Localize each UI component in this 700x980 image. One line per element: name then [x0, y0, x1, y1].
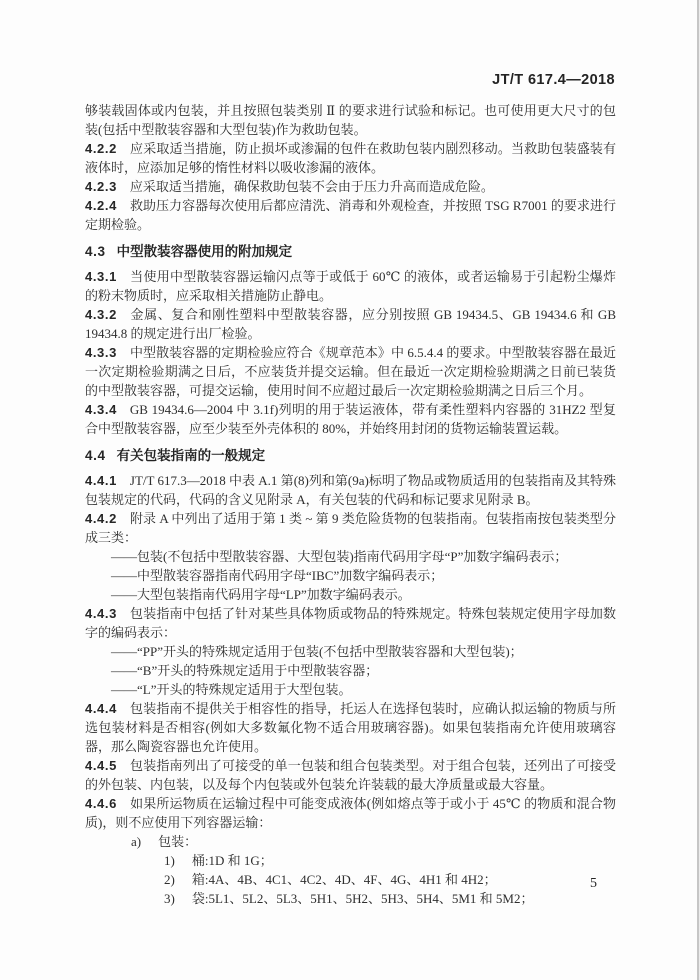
section-number: 4.3 [85, 244, 106, 259]
clause-number: 4.3.2 [85, 307, 117, 322]
clause-text: GB 19434.6—2004 中 3.1f)列明的用于装运液体，带有柔性塑料内… [85, 402, 616, 436]
clause-number: 4.2.2 [85, 141, 117, 156]
dash-item-text: ——“L”开头的特殊规定适用于大型包装。 [111, 682, 351, 697]
list-item-label: 1) [164, 853, 175, 868]
clause-number: 4.3.1 [85, 269, 117, 284]
clause-number: 4.3.4 [85, 402, 117, 417]
dash-item: ——“PP”开头的特殊规定适用于包装(不包括中型散装容器和大型包装)； [85, 642, 616, 661]
clause-text: 当使用中型散装容器运输闪点等于或低于 60℃ 的液体，或者运输易于引起粉尘爆炸的… [85, 269, 616, 303]
clause-paragraph: 4.4.3包装指南中包括了针对某些具体物质或物品的特殊规定。特殊包装规定使用字母… [85, 604, 616, 642]
paragraph-text: 够装载固体或内包装，并且按照包装类别 Ⅱ 的要求进行试验和标记。也可使用更大尺寸… [85, 103, 616, 137]
page-number: 5 [590, 876, 597, 892]
clause-text: 中型散装容器的定期检验应符合《规章范本》中 6.5.4.4 的要求。中型散装容器… [85, 345, 616, 398]
dash-item: ——包装(不包括中型散装容器、大型包装)指南代码用字母“P”加数字编码表示； [85, 547, 616, 566]
clause-text: 包装指南不提供关于相容性的指导，托运人在选择包装时，应确认拟运输的物质与所选包装… [85, 701, 616, 754]
clause-number: 4.3.3 [85, 345, 117, 360]
clause-number: 4.2.4 [85, 198, 117, 213]
clause-text: 包装指南列出了可接受的单一包装和组合包装类型。对于组合包装，还列出了可接受的外包… [85, 758, 616, 792]
clause-text: 应采取适当措施，确保救助包装不会由于压力升高而造成危险。 [130, 179, 494, 194]
dash-item-text: ——“PP”开头的特殊规定适用于包装(不包括中型散装容器和大型包装)； [111, 644, 523, 659]
scanned-page: JT/T 617.4—2018 够装载固体或内包装，并且按照包装类别 Ⅱ 的要求… [0, 0, 700, 980]
clause-paragraph: 4.4.5包装指南列出了可接受的单一包装和组合包装类型。对于组合包装，还列出了可… [85, 756, 616, 794]
clause-paragraph: 4.2.4救助压力容器每次使用后都应清洗、消毒和外观检查，并按照 TSG R70… [85, 196, 616, 234]
clause-paragraph: 4.4.6如果所运物质在运输过程中可能变成液体(例如熔点等于或小于 45℃ 的物… [85, 794, 616, 832]
section-heading: 4.4有关包装指南的一般规定 [85, 446, 616, 465]
list-item-text: 箱:4A、4B、4C1、4C2、4D、4F、4G、4H1 和 4H2； [192, 872, 497, 887]
list-item: 1)桶:1D 和 1G； [85, 851, 616, 870]
dash-item-text: ——“B”开头的特殊规定适用于中型散装容器； [111, 663, 378, 678]
list-item-text: 包装： [158, 834, 197, 849]
clause-paragraph: 4.4.1JT/T 617.3—2018 中表 A.1 第(8)列和第(9a)标… [85, 471, 616, 509]
clause-number: 4.4.3 [85, 606, 117, 621]
page-edge-line [697, 0, 699, 980]
section-heading: 4.3中型散装容器使用的附加规定 [85, 242, 616, 261]
paragraph: 够装载固体或内包装，并且按照包装类别 Ⅱ 的要求进行试验和标记。也可使用更大尺寸… [85, 101, 616, 139]
clause-text: 救助压力容器每次使用后都应清洗、消毒和外观检查，并按照 TSG R7001 的要… [85, 198, 616, 232]
section-number: 4.4 [85, 448, 106, 463]
clause-text: 如果所运物质在运输过程中可能变成液体(例如熔点等于或小于 45℃ 的物质和混合物… [85, 796, 616, 830]
clause-number: 4.4.2 [85, 511, 117, 526]
clause-text: 金属、复合和刚性塑料中型散装容器，应分别按照 GB 19434.5、GB 194… [85, 307, 616, 341]
list-item: 2)箱:4A、4B、4C1、4C2、4D、4F、4G、4H1 和 4H2； [85, 870, 616, 889]
list-item-text: 袋:5L1、5L2、5L3、5H1、5H2、5H3、5H4、5M1 和 5M2； [192, 891, 534, 906]
dash-item-text: ——中型散装容器指南代码用字母“IBC”加数字编码表示； [111, 568, 443, 583]
clause-paragraph: 4.4.2附录 A 中列出了适用于第 1 类 ~ 第 9 类危险货物的包装指南。… [85, 509, 616, 547]
section-title: 中型散装容器使用的附加规定 [117, 244, 293, 259]
list-item: a)包装： [85, 832, 616, 851]
list-item-label: 2) [164, 872, 175, 887]
dash-item-text: ——包装(不包括中型散装容器、大型包装)指南代码用字母“P”加数字编码表示； [111, 549, 567, 564]
dash-item: ——“B”开头的特殊规定适用于中型散装容器； [85, 661, 616, 680]
clause-paragraph: 4.3.4GB 19434.6—2004 中 3.1f)列明的用于装运液体，带有… [85, 400, 616, 438]
dash-item: ——“L”开头的特殊规定适用于大型包装。 [85, 680, 616, 699]
list-item-text: 桶:1D 和 1G； [192, 853, 273, 868]
clause-number: 4.4.5 [85, 758, 117, 773]
clause-paragraph: 4.3.1当使用中型散装容器运输闪点等于或低于 60℃ 的液体，或者运输易于引起… [85, 267, 616, 305]
dash-item: ——中型散装容器指南代码用字母“IBC”加数字编码表示； [85, 566, 616, 585]
list-item-label: 3) [164, 891, 175, 906]
list-item-label: a) [131, 834, 141, 849]
clause-text: 应采取适当措施，防止损坏或渗漏的包件在救助包装内剧烈移动。当救助包装盛装有液体时… [85, 141, 616, 175]
clause-number: 4.4.1 [85, 473, 117, 488]
dash-item-text: ——大型包装指南代码用字母“LP”加数字编码表示。 [111, 587, 411, 602]
clause-paragraph: 4.3.3中型散装容器的定期检验应符合《规章范本》中 6.5.4.4 的要求。中… [85, 343, 616, 400]
clause-number: 4.4.4 [85, 701, 117, 716]
clause-number: 4.4.6 [85, 796, 117, 811]
dash-item: ——大型包装指南代码用字母“LP”加数字编码表示。 [85, 585, 616, 604]
document-body: 够装载固体或内包装，并且按照包装类别 Ⅱ 的要求进行试验和标记。也可使用更大尺寸… [85, 101, 616, 908]
section-title: 有关包装指南的一般规定 [117, 448, 266, 463]
clause-text: 附录 A 中列出了适用于第 1 类 ~ 第 9 类危险货物的包装指南。包装指南按… [85, 511, 616, 545]
running-header: JT/T 617.4—2018 [85, 72, 615, 88]
clause-text: JT/T 617.3—2018 中表 A.1 第(8)列和第(9a)标明了物品或… [85, 473, 616, 507]
clause-paragraph: 4.2.2应采取适当措施，防止损坏或渗漏的包件在救助包装内剧烈移动。当救助包装盛… [85, 139, 616, 177]
clause-paragraph: 4.4.4包装指南不提供关于相容性的指导，托运人在选择包装时，应确认拟运输的物质… [85, 699, 616, 756]
clause-text: 包装指南中包括了针对某些具体物质或物品的特殊规定。特殊包装规定使用字母加数字的编… [85, 606, 616, 640]
list-item: 3)袋:5L1、5L2、5L3、5H1、5H2、5H3、5H4、5M1 和 5M… [85, 889, 616, 908]
clause-paragraph: 4.2.3应采取适当措施，确保救助包装不会由于压力升高而造成危险。 [85, 177, 616, 196]
clause-paragraph: 4.3.2金属、复合和刚性塑料中型散装容器，应分别按照 GB 19434.5、G… [85, 305, 616, 343]
clause-number: 4.2.3 [85, 179, 117, 194]
